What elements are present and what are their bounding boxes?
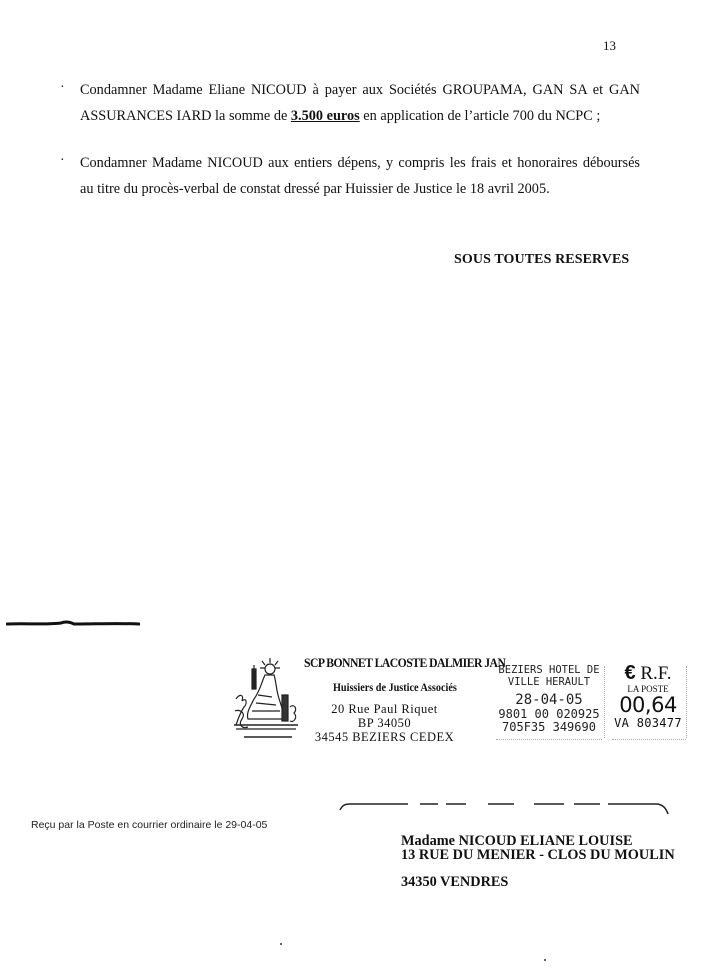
postmark-office-line: VILLE HERAULT <box>494 676 604 688</box>
closing-reserves: SOUS TOUTES RESERVES <box>454 252 629 268</box>
amount-highlight: 3.500 euros <box>291 108 360 124</box>
conclusion-2-line-2: au titre du procès-verbal de constat dre… <box>80 176 640 202</box>
sender-firm-subtitle: Huissiers de Justice Associés <box>333 680 457 695</box>
franking-amount: 00,64 <box>612 694 684 716</box>
signature-stroke <box>6 620 140 628</box>
scan-speck <box>544 959 546 961</box>
conclusion-1-text-end: en application de l’article 700 du NCPC … <box>360 108 601 124</box>
page-number: 13 <box>603 38 616 54</box>
recipient-street: 13 RUE DU MENIER - CLOS DU MOULIN <box>401 848 717 862</box>
received-note: Reçu par la Poste en courrier ordinaire … <box>31 819 267 831</box>
postmark: BEZIERS HOTEL DE VILLE HERAULT 28-04-05 … <box>494 664 604 734</box>
postmark-code: 705F35 349690 <box>494 721 604 734</box>
bullet-icon: · <box>60 153 65 169</box>
sender-firm-name: SCP BONNET LACOSTE DALMIER JAN <box>304 655 505 671</box>
conclusion-1-line-1: Condamner Madame Eliane NICOUD à payer a… <box>80 77 640 103</box>
franking-machine-id: VA 803477 <box>612 716 684 730</box>
franking-country: € R.F. <box>612 663 684 684</box>
conclusion-1-text: ASSURANCES IARD la somme de <box>80 108 291 124</box>
recipient-address: Madame NICOUD ELIANE LOUISE 13 RUE DU ME… <box>401 834 717 889</box>
sender-address-line: BP 34050 <box>312 716 457 730</box>
conclusion-1-line-2: ASSURANCES IARD la somme de 3.500 euros … <box>80 103 640 129</box>
postmark-border <box>604 666 605 738</box>
franking-border <box>686 666 687 738</box>
franking-meter: € R.F. LA POSTE 00,64 VA 803477 <box>612 663 684 730</box>
sender-address: 20 Rue Paul Riquet BP 34050 34545 BEZIER… <box>312 702 457 744</box>
recipient-city: 34350 VENDRES <box>401 875 717 889</box>
sender-address-line: 20 Rue Paul Riquet <box>312 702 457 716</box>
recipient-name: Madame NICOUD ELIANE LOUISE <box>401 834 717 848</box>
postmark-office-line: BEZIERS HOTEL DE <box>494 664 604 676</box>
conclusion-item-2: Condamner Madame NICOUD aux entiers dépe… <box>80 150 640 202</box>
postmark-date: 28-04-05 <box>494 692 604 708</box>
sender-address-line: 34545 BEZIERS CEDEX <box>312 730 457 744</box>
euro-icon: € <box>624 662 635 684</box>
envelope-window-frame <box>338 798 672 818</box>
postmark-border <box>496 739 602 740</box>
justice-figure-icon <box>232 655 300 739</box>
franking-country-code: R.F. <box>640 663 671 684</box>
conclusion-2-line-1: Condamner Madame NICOUD aux entiers dépe… <box>80 150 640 176</box>
bullet-icon: · <box>60 80 65 96</box>
scan-speck <box>280 943 282 945</box>
franking-border <box>612 739 686 740</box>
conclusion-item-1: Condamner Madame Eliane NICOUD à payer a… <box>80 77 640 129</box>
